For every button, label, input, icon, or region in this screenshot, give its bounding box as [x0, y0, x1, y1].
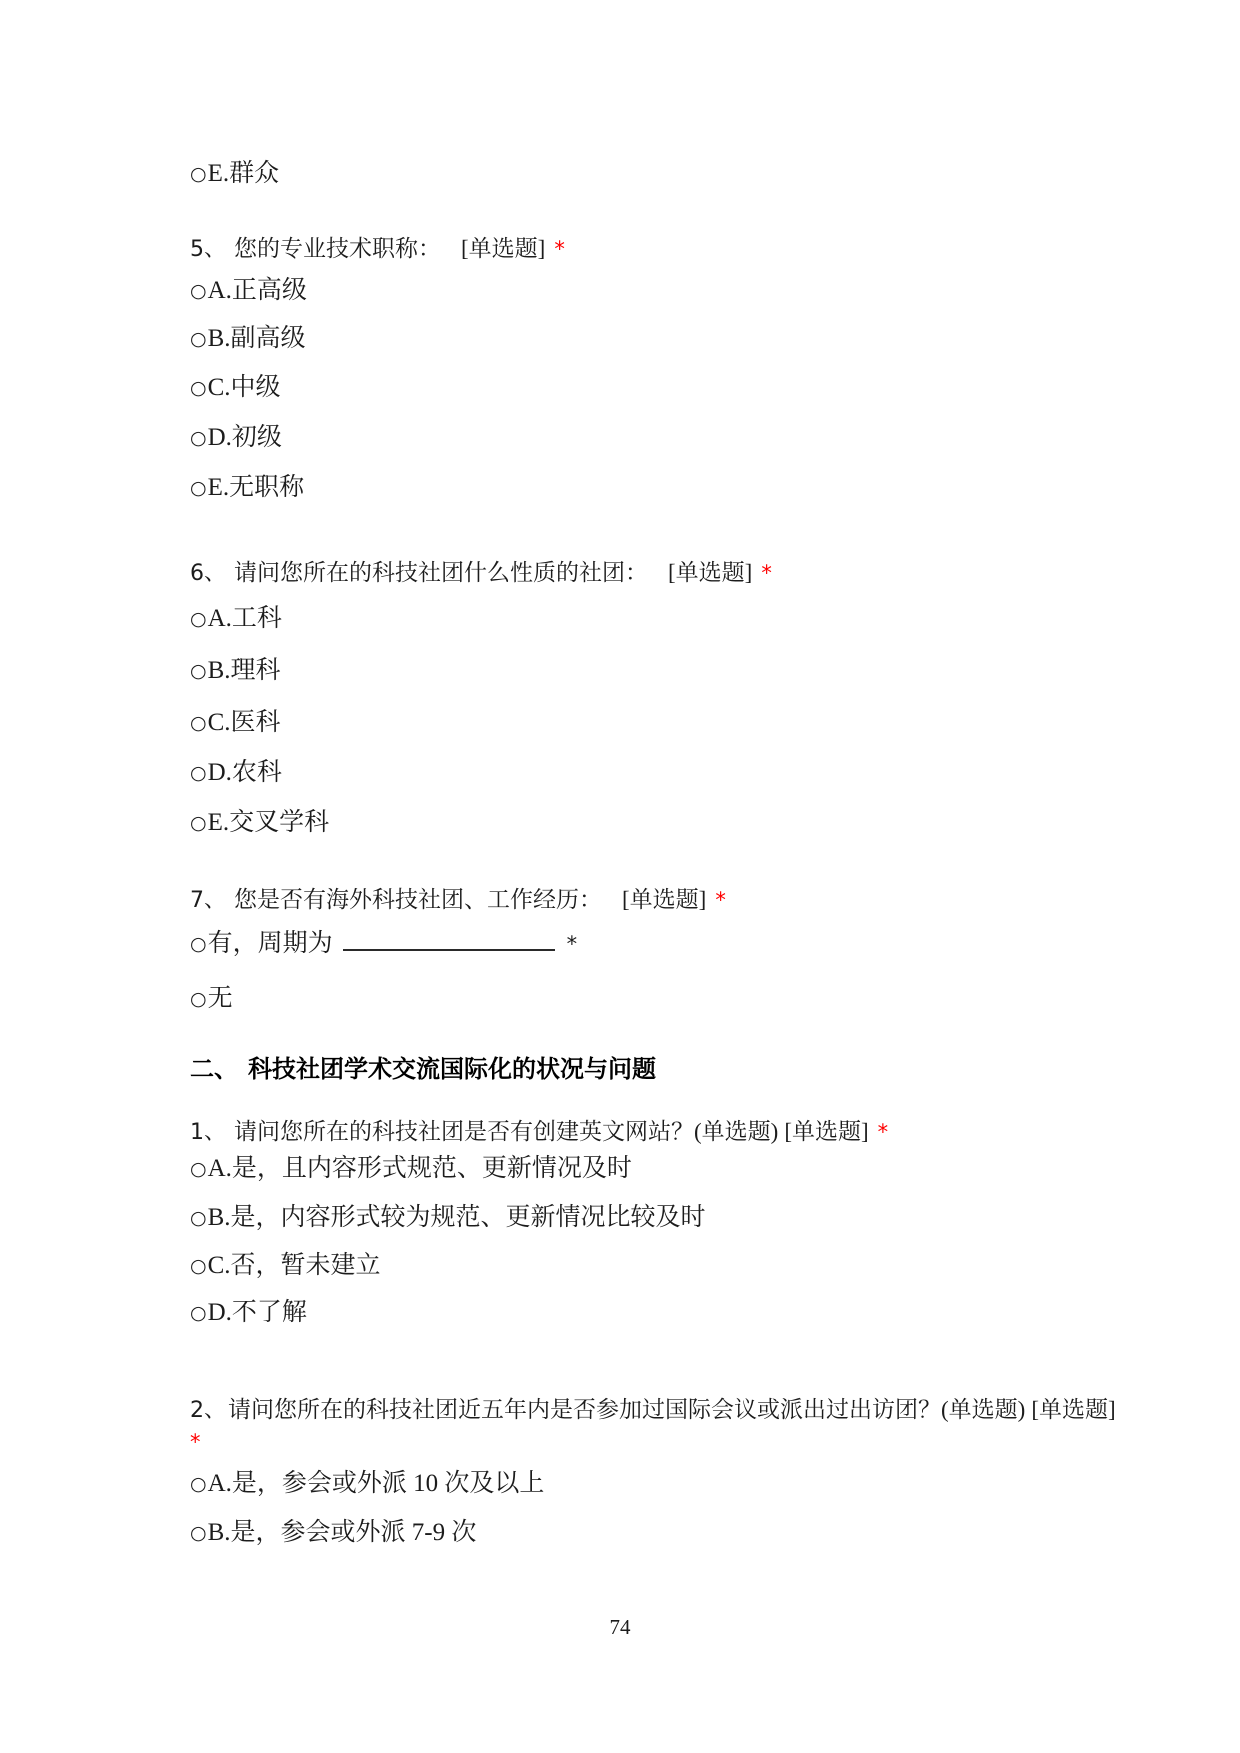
- page-number: 74: [0, 1615, 1240, 1640]
- option-row: ○D.不了解: [190, 1299, 307, 1328]
- radio-icon: ○: [190, 1255, 207, 1277]
- question-5-title: 5、您的专业技术职称：[单选题]*: [190, 236, 565, 262]
- option-label: D.农科: [208, 759, 282, 786]
- option-row: ○无: [190, 985, 233, 1014]
- question-number: 6、: [190, 561, 226, 586]
- required-asterisk: *: [190, 1430, 201, 1454]
- section-number: 二、: [190, 1057, 238, 1083]
- option-label: A.是，参会或外派 10 次及以上: [208, 1470, 545, 1497]
- question-type-tag: [单选题]: [461, 236, 545, 261]
- s2-question-2-title: 2、请问您所在的科技社团近五年内是否参加过国际会议或派出过出访团？(单选题)[单…: [190, 1397, 1116, 1423]
- fill-blank-line: [343, 925, 555, 951]
- option-label: C.医科: [208, 709, 281, 736]
- radio-icon: ○: [190, 1302, 207, 1324]
- option-row: ○B.理科: [190, 657, 281, 686]
- option-row: ○A.工科: [190, 605, 282, 634]
- radio-icon: ○: [190, 1473, 207, 1495]
- option-row: ○C.否，暂未建立: [190, 1252, 381, 1281]
- option-label: 有，周期为: [208, 930, 333, 957]
- radio-icon: ○: [190, 477, 207, 499]
- radio-icon: ○: [190, 608, 207, 630]
- document-page: ○E.群众 5、您的专业技术职称：[单选题]* ○A.正高级 ○B.副高级 ○C…: [0, 0, 1240, 1753]
- option-label: E.交叉学科: [208, 809, 330, 836]
- option-row: ○B.副高级: [190, 325, 306, 354]
- question-type-tag: [单选题]: [784, 1119, 868, 1144]
- radio-icon: ○: [190, 762, 207, 784]
- question-type-tag: [单选题]: [1031, 1397, 1115, 1422]
- required-asterisk: *: [715, 888, 726, 912]
- option-row: ○C.中级: [190, 374, 281, 403]
- option-label: E.无职称: [208, 474, 305, 501]
- radio-icon: ○: [190, 1158, 207, 1180]
- question-6-title: 6、请问您所在的科技社团什么性质的社团：[单选题]*: [190, 560, 772, 586]
- option-label: C.否，暂未建立: [208, 1252, 381, 1279]
- radio-icon: ○: [190, 712, 207, 734]
- option-row: ○E.群众: [190, 160, 279, 189]
- option-row-fill: ○有，周期为*: [190, 925, 577, 959]
- option-row: ○C.医科: [190, 709, 281, 738]
- option-label: B.是，参会或外派 7-9 次: [208, 1519, 477, 1546]
- radio-icon: ○: [190, 933, 207, 955]
- blank-asterisk: *: [567, 932, 578, 956]
- radio-icon: ○: [190, 280, 207, 302]
- question-number: 7、: [190, 888, 226, 913]
- option-row: ○E.交叉学科: [190, 809, 329, 838]
- question-7-title: 7、您是否有海外科技社团、工作经历：[单选题]*: [190, 887, 726, 913]
- option-label: D.初级: [208, 424, 282, 451]
- question-text: 请问您所在的科技社团是否有创建英文网站？(单选题): [234, 1119, 778, 1144]
- radio-icon: ○: [190, 988, 207, 1010]
- option-label: E.群众: [208, 160, 280, 187]
- option-row: ○A.是，参会或外派 10 次及以上: [190, 1470, 544, 1499]
- required-asterisk: *: [554, 237, 565, 261]
- question-text: 您是否有海外科技社团、工作经历：: [234, 887, 602, 912]
- option-label: 无: [208, 985, 233, 1012]
- s2-question-1-title: 1、请问您所在的科技社团是否有创建英文网站？(单选题)[单选题]*: [190, 1119, 888, 1145]
- question-number: 2、: [190, 1398, 226, 1423]
- radio-icon: ○: [190, 1522, 207, 1544]
- option-label: B.副高级: [208, 325, 306, 352]
- option-row: ○E.无职称: [190, 474, 304, 503]
- option-row: ○D.农科: [190, 759, 282, 788]
- question-number: 1、: [190, 1120, 226, 1145]
- option-row: ○A.正高级: [190, 277, 307, 306]
- question-type-tag: [单选题]: [668, 560, 752, 585]
- radio-icon: ○: [190, 812, 207, 834]
- radio-icon: ○: [190, 377, 207, 399]
- question-type-tag: [单选题]: [622, 887, 706, 912]
- question-text: 请问您所在的科技社团什么性质的社团：: [234, 560, 648, 585]
- radio-icon: ○: [190, 660, 207, 682]
- option-label: B.是，内容形式较为规范、更新情况比较及时: [208, 1204, 706, 1231]
- option-label: C.中级: [208, 374, 281, 401]
- option-row: ○D.初级: [190, 424, 282, 453]
- question-text: 请问您所在的科技社团近五年内是否参加过国际会议或派出过出访团？(单选题): [228, 1397, 1025, 1422]
- question-text: 您的专业技术职称：: [234, 236, 441, 261]
- radio-icon: ○: [190, 427, 207, 449]
- option-row: ○B.是，内容形式较为规范、更新情况比较及时: [190, 1204, 706, 1233]
- required-asterisk: *: [878, 1120, 889, 1144]
- radio-icon: ○: [190, 1207, 207, 1229]
- required-asterisk: *: [761, 561, 772, 585]
- radio-icon: ○: [190, 163, 207, 185]
- option-label: A.正高级: [208, 277, 307, 304]
- option-row: ○A.是，且内容形式规范、更新情况及时: [190, 1155, 632, 1184]
- option-label: B.理科: [208, 657, 281, 684]
- question-number: 5、: [190, 237, 226, 262]
- section-heading: 二、科技社团学术交流国际化的状况与问题: [190, 1057, 656, 1085]
- radio-icon: ○: [190, 328, 207, 350]
- option-label: A.是，且内容形式规范、更新情况及时: [208, 1155, 632, 1182]
- option-label: A.工科: [208, 605, 282, 632]
- option-row: ○B.是，参会或外派 7-9 次: [190, 1519, 476, 1548]
- option-label: D.不了解: [208, 1299, 307, 1326]
- section-title: 科技社团学术交流国际化的状况与问题: [248, 1057, 656, 1083]
